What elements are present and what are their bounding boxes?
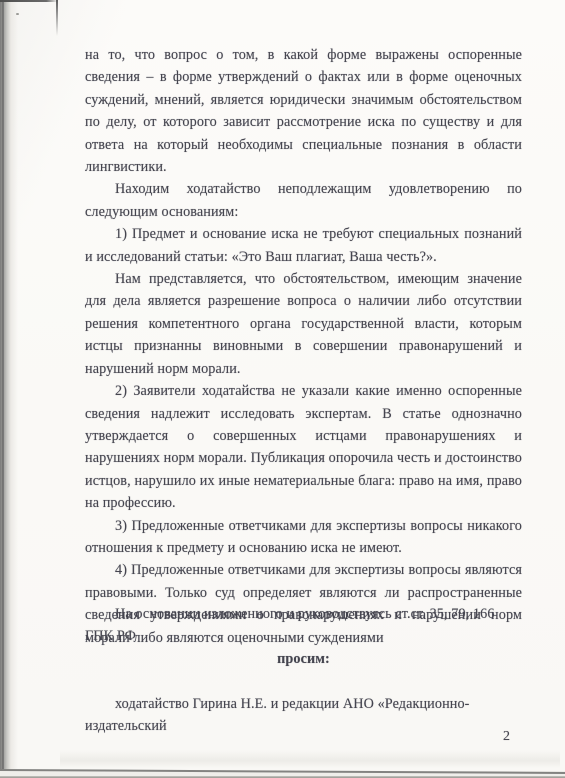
paragraph-point-2: 2) Заявители ходатайства не указали каки… [85,380,522,514]
paragraph-point-3: 3) Предложенные ответчиками для эксперти… [85,515,522,560]
scan-speck [16,13,19,15]
left-scan-edge-line [2,0,4,778]
closing-final-line: ходатайство Гирина Н.Е. и редакции АНО «… [85,693,522,738]
page-number: 2 [460,727,510,747]
top-left-corner-line-horizontal [0,0,58,2]
paragraph-continuation: на то, что вопрос о том, в какой форме в… [85,44,522,178]
request-heading: просим: [85,648,522,670]
top-left-corner-line-vertical [56,0,58,36]
request-heading-text: просим: [85,648,522,670]
paragraph-point-1-detail: Нам представляется, что обстоятельством,… [85,268,522,380]
scanned-document-page: на то, что вопрос о том, в какой форме в… [0,0,565,778]
closing-legal-basis-text: На основании изложенного и руководствуяс… [85,603,522,648]
closing-final-line-text: ходатайство Гирина Н.Е. и редакции АНО «… [85,693,522,738]
paragraph-point-1: 1) Предмет и основание иска не требуют с… [85,223,522,268]
bottom-fold-shadow [60,750,560,768]
paragraph-finding: Находим ходатайство неподлежащим удовлет… [85,178,522,223]
document-body-text: на то, что вопрос о том, в какой форме в… [85,44,522,649]
closing-legal-basis: На основании изложенного и руководствуяс… [85,603,522,648]
